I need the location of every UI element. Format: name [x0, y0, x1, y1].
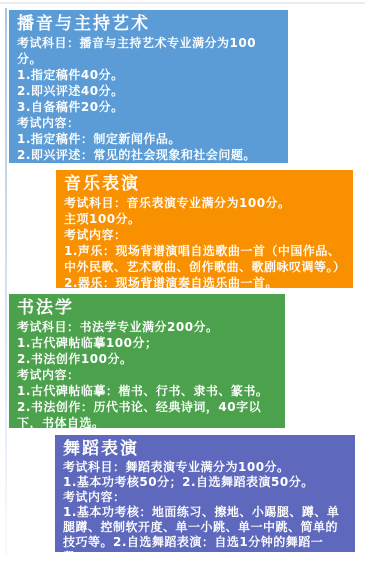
- card-line: 2.书法创作100分。: [17, 351, 277, 367]
- card-line: 1.基本功考核50分；2.自选舞蹈表演50分。: [63, 475, 347, 490]
- card-body-calligraphy: 考试科目：书法学专业满分200分。1.古代碑帖临摹100分；2.书法创作100分…: [17, 319, 277, 428]
- card-line: 考试科目：书法学专业满分200分。: [17, 319, 277, 335]
- card-line: 2.书法创作：历代书论、经典诗词，40字以下，书体自选。: [17, 399, 277, 428]
- card-line: 主项100分。: [64, 211, 345, 227]
- card-line: 考试内容：: [17, 115, 280, 131]
- exam-card-calligraphy: 书法学 考试科目：书法学专业满分200分。1.古代碑帖临摹100分；2.书法创作…: [9, 294, 285, 428]
- card-line: 考试内容：: [64, 227, 345, 243]
- exam-card-broadcasting-hosting: 播音与主持艺术 考试科目：播音与主持艺术专业满分为100分。1.指定稿件40分。…: [9, 10, 288, 163]
- card-line: 1.古代碑帖临摹：楷书、行书、隶书、篆书。: [17, 383, 277, 399]
- card-line: 1.古代碑帖临摹100分；: [17, 335, 277, 351]
- card-title-dance-performance: 舞蹈表演: [63, 438, 347, 460]
- slide-canvas: 播音与主持艺术 考试科目：播音与主持艺术专业满分为100分。1.指定稿件40分。…: [0, 0, 365, 561]
- card-line: 3.自备稿件20分。: [17, 99, 280, 115]
- card-line: 2.器乐：现场背谱演奏自选乐曲一首。: [64, 275, 345, 288]
- card-title-broadcasting-hosting: 播音与主持艺术: [17, 13, 280, 35]
- card-line: 考试科目：播音与主持艺术专业满分为100分。: [17, 35, 280, 67]
- card-line: 2.即兴评述：常见的社会现象和社会问题。: [17, 147, 280, 163]
- card-title-music-performance: 音乐表演: [64, 173, 345, 195]
- card-line: 考试内容：: [63, 490, 347, 505]
- card-line: 1.基本功考核：地面练习、擦地、小踢腿、蹲、单腿蹲、控制软开度、单一小跳、单一中…: [63, 505, 347, 552]
- card-line: 考试科目：音乐表演专业满分为100分。: [64, 195, 345, 211]
- card-line: 1.声乐：现场背谱演唱自选歌曲一首（中国作品、中外民歌、艺术歌曲、创作歌曲、歌剧…: [64, 243, 345, 275]
- card-body-dance-performance: 考试科目：舞蹈表演专业满分为100分。1.基本功考核50分；2.自选舞蹈表演50…: [63, 460, 347, 552]
- card-line: 1.指定稿件40分。: [17, 67, 280, 83]
- card-line: 考试科目：舞蹈表演专业满分为100分。: [63, 460, 347, 475]
- timeline-line: [5, 8, 7, 556]
- exam-card-dance-performance: 舞蹈表演 考试科目：舞蹈表演专业满分为100分。1.基本功考核50分；2.自选舞…: [55, 435, 355, 552]
- card-body-broadcasting-hosting: 考试科目：播音与主持艺术专业满分为100分。1.指定稿件40分。2.即兴评述40…: [17, 35, 280, 163]
- exam-card-music-performance: 音乐表演 考试科目：音乐表演专业满分为100分。主项100分。考试内容：1.声乐…: [56, 170, 353, 288]
- card-line: 2.即兴评述40分。: [17, 83, 280, 99]
- card-line: 1.指定稿件：制定新闻作品。: [17, 131, 280, 147]
- card-body-music-performance: 考试科目：音乐表演专业满分为100分。主项100分。考试内容：1.声乐：现场背谱…: [64, 195, 345, 288]
- card-line: 考试内容：: [17, 367, 277, 383]
- top-divider-line: [0, 2, 365, 4]
- card-title-calligraphy: 书法学: [17, 297, 277, 319]
